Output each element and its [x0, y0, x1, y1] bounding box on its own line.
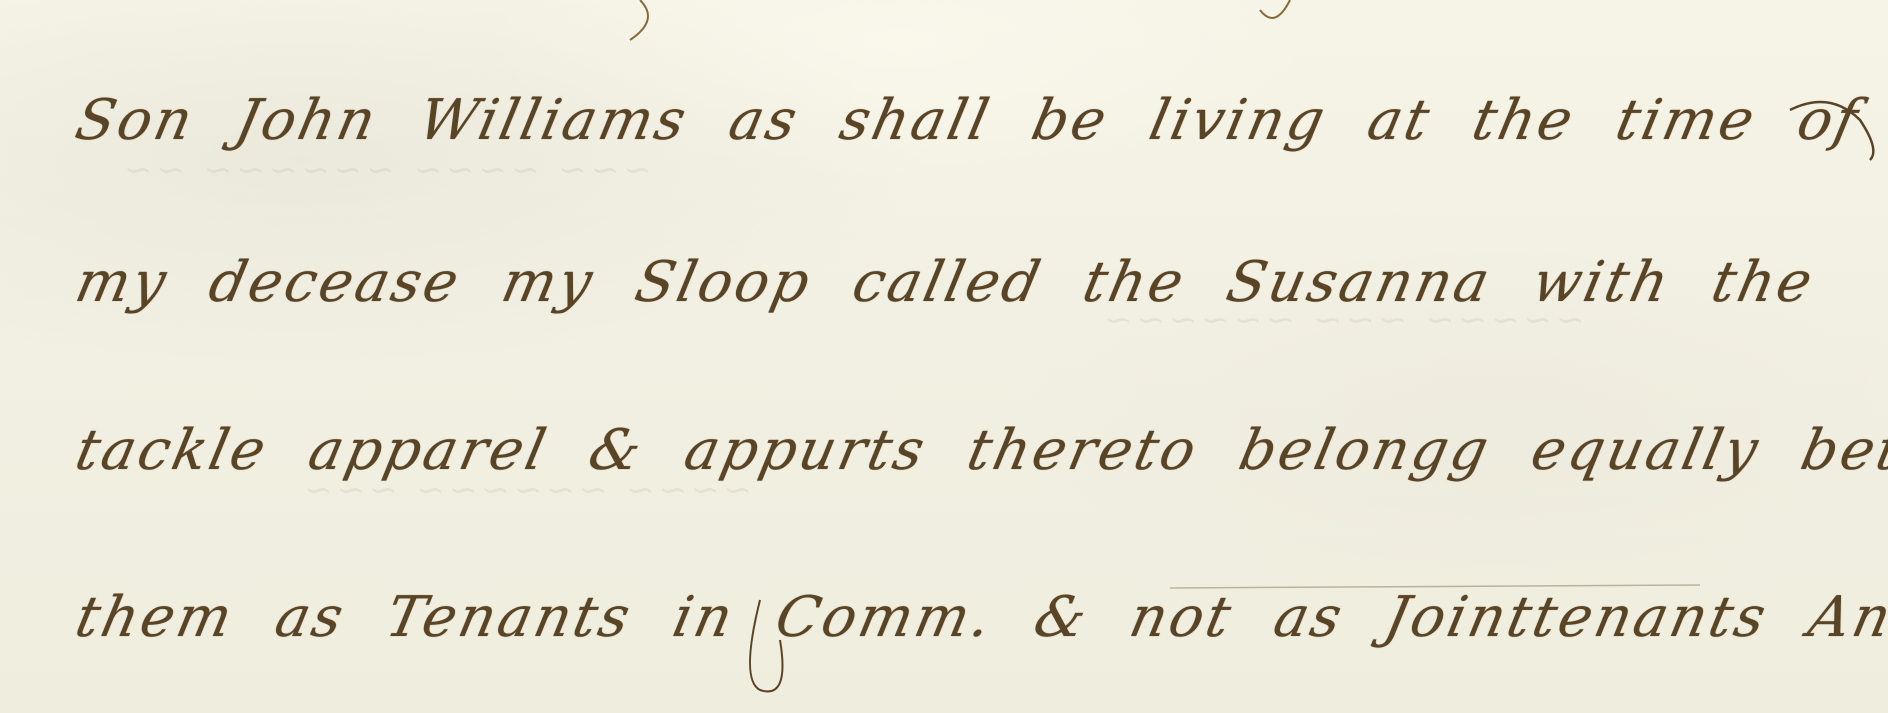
flourish-stroke [630, 0, 648, 40]
word: thereto [962, 418, 1205, 483]
flourish-stroke [1260, 0, 1290, 18]
word: my [70, 250, 175, 315]
word: living [1144, 88, 1333, 153]
word: in [667, 585, 741, 650]
word: Susanna [1221, 250, 1498, 315]
word: Tenants [381, 585, 639, 650]
word: be [1026, 88, 1115, 153]
word: equally [1526, 418, 1767, 483]
word: appurts [679, 418, 933, 483]
manuscript-line-4: them as Tenants in Comm. & not as Jointt… [70, 585, 1888, 650]
word: not [1124, 585, 1239, 650]
word: belongg [1233, 418, 1496, 483]
word: them [70, 585, 241, 650]
word: Son [70, 88, 201, 153]
bleed-through-text: ~~~ ~~~~ ~~~~~~ ~~ [120, 150, 652, 190]
word: as [1268, 585, 1350, 650]
word: Jointtenants [1379, 585, 1774, 650]
word: & [583, 418, 650, 483]
word: my [496, 250, 601, 315]
manuscript-line-1: Son John Williams as shall be living at … [70, 88, 1866, 153]
word: as [723, 88, 805, 153]
manuscript-line-2: my decease my Sloop called the Susanna w… [70, 250, 1821, 315]
word: shall [834, 88, 997, 153]
word: Sloop [630, 250, 818, 315]
word: John [230, 88, 384, 153]
manuscript-line-3: tackle apparel & appurts thereto belongg… [70, 418, 1888, 483]
word: the [1077, 250, 1192, 315]
word: the [1706, 250, 1821, 315]
word: Comm. [770, 585, 999, 650]
word: as [270, 585, 352, 650]
word: at [1362, 88, 1438, 153]
word: Williams [413, 88, 694, 153]
word: called [847, 250, 1048, 315]
word: & [1028, 585, 1095, 650]
word: with [1527, 250, 1677, 315]
word: apparel [303, 418, 554, 483]
manuscript-page: ~~~ ~~~~ ~~~~~~ ~~ ~~~~~ ~~~ ~~~~~~ ~~~~… [0, 0, 1888, 713]
word: the [1467, 88, 1582, 153]
word: of [1792, 88, 1866, 153]
word: tackle [70, 418, 274, 483]
word: between [1795, 418, 1888, 483]
word: decease [204, 250, 468, 315]
word: And [1803, 585, 1888, 650]
word: time [1610, 88, 1762, 153]
